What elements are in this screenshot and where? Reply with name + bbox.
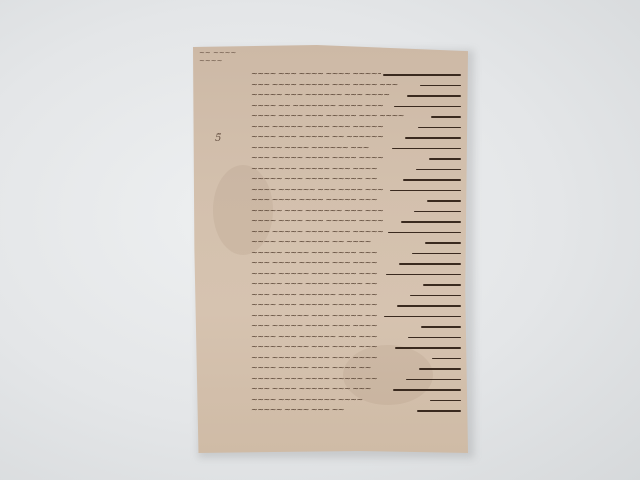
handwritten-line: ~~~ ~~~~~ ~~~~ ~~~~ ~~~~ [251, 153, 463, 164]
line-filler-stroke [403, 179, 461, 181]
line-filler-stroke [399, 263, 461, 265]
handwritten-line: ~~~~~ ~~~ ~~~~~~ ~~~ ~~~~ [251, 90, 463, 101]
line-filler-stroke [388, 232, 461, 234]
line-text: ~~~~ ~~~~ ~~~ ~~~~~ ~~~~ [251, 216, 399, 225]
line-text: ~~~~ ~~~~~~ ~~~ ~~~~ ~~~ [251, 185, 388, 194]
handwritten-line: ~~~~ ~~~~ ~~~ ~~~~~ ~~~ ~~~~ [251, 111, 463, 122]
handwritten-line: ~~~~ ~~~ ~~~~~ ~~ ~~~~~~ [251, 132, 463, 143]
handwritten-line: ~~~ ~~~~ ~~~~ ~~~~~ ~~~ [251, 195, 463, 206]
line-filler-stroke [401, 221, 461, 223]
line-text: ~~~~ ~~~ ~~~~~ ~~~~ ~~~ [251, 300, 395, 309]
handwritten-line: ~~~~~ ~~~ ~~~~ ~~~~~ ~~ [251, 279, 463, 290]
line-text: ~~~~~ ~~~ ~~~~ ~~~~~ ~~ [251, 279, 421, 288]
line-text: ~~~~~ ~~~ ~~~~~~ ~~~ ~~~ [251, 206, 412, 215]
handwritten-line: ~~~~ ~~ ~~~~~~~ ~~~~ ~~~ [251, 101, 463, 112]
line-filler-stroke [414, 211, 461, 213]
handwritten-line: ~~~~~ ~~~ ~~~~ ~~~~~ ~~ [251, 174, 463, 185]
line-text: ~~~~~ ~~~ ~~~~~~ ~~~ ~~~~ [251, 90, 405, 99]
handwritten-line: ~~~~ ~~~~~~ ~~~ ~~~~ ~~~ [251, 185, 463, 196]
handwritten-line: ~~~ ~~~~ ~~~~~~ ~~~ ~~~ [251, 290, 463, 301]
handwritten-line: ~~~~ ~~~ ~~~~~~ ~~~ ~~~ [251, 332, 463, 343]
line-filler-stroke [393, 389, 461, 391]
handwritten-line: ~~~ ~~~~~ ~~~~ ~~~ ~~~~~ [251, 227, 463, 238]
line-filler-stroke [417, 410, 461, 412]
line-text: ~~~~~ ~~~~ ~~~ ~~~~ ~~~ [251, 248, 410, 257]
line-text: ~~~~ ~~ ~~~~~~~ ~~~~ ~~~ [251, 101, 392, 110]
handwritten-line: ~~~ ~~~~ ~~~~~ ~~~ ~~~~ [251, 258, 463, 269]
handwritten-line: ~~~~ ~~~ ~~~~~ ~~~ ~~~~ [251, 164, 463, 175]
line-filler-stroke [416, 169, 461, 171]
line-filler-stroke [419, 368, 461, 370]
handwritten-line: ~~~~~ ~~~ ~~~~~~ ~~~ ~~~ [251, 206, 463, 217]
line-filler-stroke [383, 74, 461, 76]
line-filler-stroke [427, 200, 461, 202]
line-filler-stroke [395, 347, 461, 349]
line-text: ~~~ ~~~~ ~~~~~ ~~~ ~~~~ ~~~ [251, 80, 418, 89]
line-filler-stroke [430, 400, 461, 402]
handwritten-line: ~~~~ ~~~~~ ~~~ ~~~~ ~~ [251, 363, 463, 374]
line-filler-stroke [392, 148, 461, 150]
line-text: ~~~ ~~~~ ~~~~~ ~~~ ~~~~ [251, 353, 430, 362]
line-text: ~~~~~ ~~~~ ~~~~~~ ~~~ [251, 143, 390, 152]
line-filler-stroke [432, 358, 461, 360]
line-filler-stroke [407, 95, 461, 97]
line-filler-stroke [425, 242, 461, 244]
handwritten-line: ~~~~ ~~~ ~~~~~~ ~~~~ [251, 395, 463, 406]
handwritten-line: ~~~~~ ~~~ ~~~~ ~~~~~ ~~ [251, 374, 463, 385]
handwritten-line: ~~~~~ ~~~~ ~~~ ~~~~ ~~~ [251, 248, 463, 259]
handwritten-line: ~~~ ~~~~ ~~~~~ ~~~ ~~~ [251, 384, 463, 395]
handwritten-line: ~~~~ ~~~~ ~~~ ~~~~~ ~~~~ [251, 216, 463, 227]
handwritten-line: ~~~~~ ~~~~ ~~~ ~~~~~ ~~ [251, 311, 463, 322]
line-text: ~~~ ~~~~ ~~~~~~ ~~~ ~~~ [251, 290, 408, 299]
line-text: ~~~ ~~~~~ ~~~~ ~~~ ~~~~~ [251, 122, 416, 131]
line-text: ~~~~~ ~~~~ ~~~ ~~ [251, 405, 415, 414]
handwritten-line: ~~~~~ ~~~~ ~~~ ~~~~ ~~~ [251, 342, 463, 353]
handwritten-line: ~~~~~ ~~~~ ~~~~~~ ~~~ [251, 143, 463, 154]
line-filler-stroke [421, 326, 461, 328]
line-filler-stroke [384, 316, 461, 318]
handwritten-line: ~~~~ ~~~ ~~~~ ~~~~ ~~~~~ [251, 69, 463, 80]
line-text: ~~~~ ~~~ ~~~~~ ~~ ~~~~~~ [251, 132, 403, 141]
line-text: ~~~ ~~~~ ~~~~ ~~~~~ ~~~ [251, 195, 425, 204]
handwritten-line: ~~~~ ~~~~~ ~~~ ~~~~ ~~~ [251, 269, 463, 280]
line-text: ~~~~~ ~~~ ~~~~ ~~~~~ ~~ [251, 374, 404, 383]
handwritten-line: ~~~~ ~~~ ~~~~~ ~~ ~~~~ [251, 237, 463, 248]
line-text: ~~~ ~~~~ ~~~~~ ~~~ ~~~~ [251, 258, 397, 267]
line-filler-stroke [406, 379, 461, 381]
handwritten-line: ~~~~~ ~~~~ ~~~ ~~ [251, 405, 463, 416]
line-filler-stroke [431, 116, 461, 118]
line-text: ~~~~~ ~~~ ~~~~ ~~~~~ ~~ [251, 174, 401, 183]
line-text: ~~~~~ ~~~~ ~~~ ~~~~ ~~~ [251, 342, 393, 351]
line-filler-stroke [386, 274, 461, 276]
line-text: ~~~~ ~~~ ~~~~~ ~~ ~~~~ [251, 237, 423, 246]
line-filler-stroke [390, 190, 461, 192]
line-text: ~~~ ~~~~~ ~~~~ ~~~~ ~~~~ [251, 153, 427, 162]
line-filler-stroke [420, 85, 461, 87]
handwritten-line: ~~~ ~~~~ ~~~~~ ~~~ ~~~~ ~~~ [251, 80, 463, 91]
line-filler-stroke [418, 127, 461, 129]
manuscript-page: ~~ ~~~~ ~~~~ 5̃ ~~~~ ~~~ ~~~~ ~~~~ ~~~~~… [193, 45, 468, 453]
line-text: ~~~~ ~~~~ ~~~ ~~~~~ ~~~ ~~~~ [251, 111, 429, 120]
line-text: ~~~~ ~~~~~ ~~~ ~~~~ ~~~ [251, 269, 384, 278]
line-text: ~~~ ~~~~~ ~~~~ ~~~ ~~~~ [251, 321, 419, 330]
margin-flourish: 5̃ [215, 133, 221, 144]
line-filler-stroke [410, 295, 461, 297]
line-filler-stroke [423, 284, 461, 286]
line-text: ~~~~ ~~~ ~~~~~ ~~~ ~~~~ [251, 164, 414, 173]
line-filler-stroke [397, 305, 461, 307]
line-text: ~~~~ ~~~~~ ~~~ ~~~~ ~~ [251, 363, 417, 372]
line-text: ~~~~~ ~~~~ ~~~ ~~~~~ ~~ [251, 311, 382, 320]
handwritten-line: ~~~ ~~~~~ ~~~~ ~~~ ~~~~~ [251, 122, 463, 133]
margin-note: ~~ ~~~~ ~~~~ [199, 49, 249, 65]
line-filler-stroke [408, 337, 461, 339]
line-text: ~~~~ ~~~ ~~~~~~ ~~~ ~~~ [251, 332, 406, 341]
line-filler-stroke [412, 253, 461, 255]
handwritten-line: ~~~ ~~~~ ~~~~~ ~~~ ~~~~ [251, 353, 463, 364]
line-text: ~~~~ ~~~ ~~~~ ~~~~ ~~~~~ [251, 69, 381, 78]
handwritten-text-block: ~~~~ ~~~ ~~~~ ~~~~ ~~~~~~~~ ~~~~ ~~~~~ ~… [251, 69, 463, 416]
line-filler-stroke [429, 158, 461, 160]
handwritten-line: ~~~~ ~~~ ~~~~~ ~~~~ ~~~ [251, 300, 463, 311]
line-filler-stroke [394, 106, 461, 108]
line-text: ~~~~ ~~~ ~~~~~~ ~~~~ [251, 395, 428, 404]
line-text: ~~~ ~~~~~ ~~~~ ~~~ ~~~~~ [251, 227, 386, 236]
handwritten-line: ~~~ ~~~~~ ~~~~ ~~~ ~~~~ [251, 321, 463, 332]
line-text: ~~~ ~~~~ ~~~~~ ~~~ ~~~ [251, 384, 391, 393]
line-filler-stroke [405, 137, 461, 139]
